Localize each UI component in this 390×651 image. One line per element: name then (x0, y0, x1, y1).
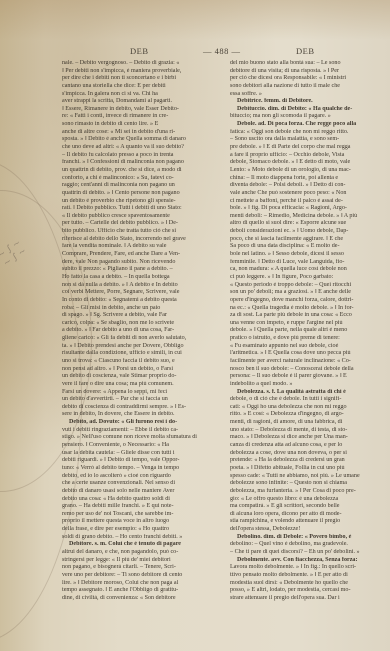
scanned-page: ~ ∫ ~~ ∫ ~ DEB — 488 — DEB nale. – Debit… (0, 0, 390, 651)
text-line: « Fu esaminato appunto nel suo debole, c… (230, 343, 378, 351)
text-line: spesso cade: « Tutti ne abbiamo, noi più… (230, 473, 378, 481)
text-line: non si dà nulla a debito. » ‖ A debito e… (62, 282, 212, 290)
text-line: debito di coscienza di contraddirmi semp… (62, 404, 212, 412)
text-line: china: – Il moto diappena forte, poi all… (230, 175, 378, 183)
text-line: debolezza a cose, dove una non doveva, o… (230, 450, 378, 458)
text-line: Comprare, Prendere, Fare, ed anche Dare … (62, 251, 212, 259)
text-line: pretende: « Ha la debolezza di credersi … (230, 457, 378, 465)
text-line: franchi. » ‖ Confessioni di malinconia n… (62, 159, 212, 167)
text-line: debito, ed io lo ascolterò » cioè con ri… (62, 473, 212, 481)
text-line: maco. » ‖ Debolezza si dice anche per Un… (230, 434, 378, 442)
text-line: aver strappi la scritta, Domandami al pa… (62, 98, 212, 106)
text-line: per ciò che dicesi ora Responsabile: « I… (230, 75, 378, 83)
text-line: posso, » E altri, lodato, per modestia, … (230, 587, 378, 595)
text-line: roba: – Gli misi in debito, anche un pai… (62, 305, 212, 313)
text-line: ta. » ‖ Debito prendesi anche per Dovere… (62, 343, 212, 351)
text-line: pensiero. ‖ Conveniente, o Necessario: «… (62, 442, 212, 450)
text-line: grano. – Ha debiti mille franchi. » E qu… (62, 503, 212, 511)
text-line: che uno deve ad altri: « A quanto va il … (62, 144, 212, 152)
text-line: ‖ Per debiti non s'impicca, è maniera pr… (62, 68, 212, 76)
text-line: – Che ti pare di quei discorsi? – Eh un … (230, 549, 378, 557)
entry-headword-line: Debitrice. femm. di Debitore. (230, 98, 378, 106)
text-line: za di sost. La parte più debole in una c… (230, 312, 378, 320)
text-line: bituccio; ma non gli scomoda il pagare. … (230, 113, 378, 121)
text-line: subito il prezzo: « Pigliano il pane a d… (62, 266, 212, 274)
left-column: nale. – Debito vergognoso. – Debito di g… (62, 60, 212, 602)
text-line: a debito. » ‖ Far debito a uno di una co… (62, 327, 212, 335)
text-line: tuno: « Verrò al debito tempo. – Venga i… (62, 465, 212, 473)
text-line: deboli considerazioni ec. » ‖ Uomo debol… (230, 228, 378, 236)
text-line: ci mettete a baffoni, perché il palco è … (230, 198, 378, 206)
text-line: ttivo pensato molto debolmente. » ‖ E pe… (230, 572, 378, 580)
text-line: un debito d'avvertirti. – Par che si fac… (62, 396, 212, 404)
text-line: Ho fatto la casa a debito. – In quella b… (62, 274, 212, 282)
text-line: facilmente per averci naturale inclinazi… (230, 358, 378, 366)
text-line: bole. » ‖ fig. Di poca efficacia: « Ragi… (230, 205, 378, 213)
text-line: un debito di coscienza, vale Stimar prop… (62, 373, 212, 381)
text-line: son un po' deboli; ma a graziosi. » ‖ E … (230, 289, 378, 297)
text-line: bito pubblico. Ufficio che tratta tutto … (62, 228, 212, 236)
text-line: – Il debito fu calcolato presso a poco i… (62, 152, 212, 160)
text-line: vere uno per debitore: – Ti sono debitor… (62, 572, 212, 580)
text-line: riferisce al debito dello Stato, incorre… (62, 236, 212, 244)
text-line: debiti riguardi. » ‖ Debito di tempo, va… (62, 457, 212, 465)
entry-headword-line: Debituccio. dim. di Debito: « Ha qualche… (230, 106, 378, 114)
text-line: debole. » ‖ Quella parte, nella quale al… (230, 327, 378, 335)
text-line: debito una cosa: « Ha debito quattro sol… (62, 496, 212, 504)
text-line: conforto, a chi è malinconico: « Su, fat… (62, 175, 212, 183)
text-line: Sa poco di una data disciplina: « È molt… (230, 243, 378, 251)
running-head-right: DEB (296, 46, 315, 56)
text-line: debolezza, ma furfanteria. » ‖ Per Cosa … (230, 488, 378, 496)
text-line: sono rimasto in debito di cento lire. » … (62, 121, 212, 129)
text-line: sere in debito, In dovere, che Essere in… (62, 411, 212, 419)
text-line: debolezze sono infinite: – Questo non si… (230, 480, 378, 488)
text-line: strare attenuare il pregio dell'opera su… (230, 595, 378, 603)
right-column: del mio buono stato alla bontà sua: – Le… (230, 60, 378, 602)
text-line: In conto di debito: « Segnatemi a debito… (62, 297, 212, 305)
running-head: DEB — 488 — DEB (0, 46, 390, 58)
text-line: non pagano, e bisognerà citarli. – Tener… (62, 564, 212, 572)
text-line: s'impicca. In galera non ci si va. Chi h… (62, 91, 212, 99)
text-line: opere d'ingegno, dove manchi forza, calo… (230, 297, 378, 305)
text-line: – Sono uscito ora dalla malattia, e sono… (230, 136, 378, 144)
text-line: poeta. » ‖ Difetto abituale, Follia in c… (230, 465, 378, 473)
text-line: Lavora molto debolmente. » ‖ In fig.: In… (230, 564, 378, 572)
text-line: soldi di grano debito. – Ho cento franch… (62, 534, 212, 542)
entry-headword-line: Debito, ad. Dovuto: « Gli furono resi i … (62, 419, 212, 427)
text-line: gio: « Le offro questo libro: è una debo… (230, 496, 378, 504)
text-line: che a certe usanze convenzionali. Nel se… (62, 480, 212, 488)
text-line: proprio il mettere questa voce in altro … (62, 518, 212, 526)
text-line: bole nel latino. » ‖ Sesso debole, dices… (230, 251, 378, 259)
text-line: del mio buono stato alla bontà sua: – Le… (230, 60, 378, 68)
text-line: pre debole. » ‖ E di Parte del corpo che… (230, 144, 378, 152)
text-line: re: « Fatti i conti, invece di rimanere … (62, 113, 212, 121)
text-line: debitore di una visita; di una risposta.… (230, 68, 378, 76)
text-line: modestia suol dirsi: « Debolmente ho que… (230, 580, 378, 588)
text-line: ‖ Essere, Rimanere in debito, vale Esser… (62, 106, 212, 114)
text-line: per dire che i debiti non ti sconcertano… (62, 75, 212, 83)
text-line: usar la debita cautela: – Gliele disse c… (62, 450, 212, 458)
text-line: ma compatirà. » E gli scrittori, secondo… (230, 503, 378, 511)
text-line: gliene carico: « Gli fa debiti di non av… (62, 335, 212, 343)
text-line: essa soffre. » (230, 91, 378, 99)
text-line: raggio; cent'anni di malinconia non paga… (62, 182, 212, 190)
text-line: stia rampichina, e volendo attenuare il … (230, 518, 378, 526)
text-line: cati: « Oggi ho una debolezza che non mi… (230, 404, 378, 412)
running-head-left: DEB (130, 46, 149, 56)
text-line: di spago. » ‖ Sg. Scrivere a debito, val… (62, 312, 212, 320)
text-line: « Questo periodo è troppo debole: – Quei… (230, 282, 378, 290)
text-line: l'aritmetica. » ‖ E Quella cosa dove uno… (230, 350, 378, 358)
text-line: una venne con impeto, e ruppe l'argine n… (230, 320, 378, 328)
text-line: altro di quello si suol dire: « Esporre … (230, 220, 378, 228)
text-line: debolino: – Quel vino è debolino, ma gra… (230, 541, 378, 549)
text-line: « Il debito pubblico cresce spaventosame… (62, 213, 212, 221)
text-line: nale. – Debito vergognoso. – Debito di g… (62, 60, 212, 68)
text-line: nosco ben il suo debole: – Conoscerai de… (230, 366, 378, 374)
text-line: della frase, e dire per esempio: « Ho qu… (62, 526, 212, 534)
text-line: vere il fare o dire una cosa; ma più com… (62, 381, 212, 389)
text-line: diventa debole: – Polsi deboli. » ‖ Dett… (230, 182, 378, 190)
text-line: femminile. ‖ Detto di Luce, vale Languid… (230, 259, 378, 267)
text-line: dere, vale Non pagando subito. Non ricev… (62, 259, 212, 267)
text-line: anche di altre cose: « Mi sei in debito … (62, 129, 212, 137)
text-line: Lento: « Moto debole di un orologio, di … (230, 167, 378, 175)
text-line: per tutto. – Cartelle del debito pubblic… (62, 220, 212, 228)
text-line: poco, che si lascia facilmente aggirare.… (230, 236, 378, 244)
entry-headword-line: Debole. ad. Di poca forza. Che regge poc… (230, 121, 378, 129)
text-line: menti deboli: – Rimedio, Medicina debole… (230, 213, 378, 221)
text-line: persona: – Il suo debole è il parer giov… (230, 373, 378, 381)
text-line: cantano una storiella che dice: E per de… (62, 83, 212, 91)
text-line: sposta. » ‖ Debito è anche Quella somma … (62, 136, 212, 144)
entry-headword-line: Debolezza. s. f. La qualità astratta di … (230, 389, 378, 397)
text-line: fatica: « Oggi son debole che non mi reg… (230, 129, 378, 137)
text-line: tempo assegnato. ‖ E anche l'Obbligo di … (62, 587, 212, 595)
text-line: na ec.: « Quella tragedia è molto debole… (230, 305, 378, 313)
text-line: a fare il proprio ufficio: – Occhio debo… (230, 152, 378, 160)
page-number: — 488 — (203, 46, 241, 56)
text-line: dell'opera stessa, Debolezze! (230, 526, 378, 534)
text-line: di alcuna loro opera, dicono per atto di… (230, 511, 378, 519)
text-line: lire. » ‖ Debitore moroso, Colui che non… (62, 580, 212, 588)
text-line: fare la vendita nominale. ‖ A debito su … (62, 243, 212, 251)
text-line: stringersi per legge: « Il più de' miei … (62, 557, 212, 565)
text-line: carico, colpa: « Se sbaglio, non me lo s… (62, 320, 212, 328)
text-line: risultante dalla condizione, ufficio e s… (62, 350, 212, 358)
text-line: menti, di ragioni, di amore, di una fabb… (230, 419, 378, 427)
text-line: uno si trova: « Ciascuno faccia il debit… (62, 358, 212, 366)
text-line: coi verbi Mettere, Porre, Segnare, Scriv… (62, 289, 212, 297)
text-line: Farsi un dovere: « Appena lo seppi, mi f… (62, 389, 212, 397)
text-line: canza di credenza atta ad alcuno cosa, e… (230, 442, 378, 450)
text-line: un quattrin di debito, prov. che si dice… (62, 167, 212, 175)
text-line: debole, Stomaco debole. » ‖ E detto di m… (230, 159, 378, 167)
text-line: stigo. » Nell'uso comune non riceve molt… (62, 434, 212, 442)
text-line: quattrin di debito. » ‖ Cento persone no… (62, 190, 212, 198)
text-line: uno stato: – Debolezza di mente, di test… (230, 427, 378, 435)
entry-headword-line: Debolino. dim. di Debole: « Povero bimbo… (230, 534, 378, 542)
text-line: rati. ‖ Debito pubblico. Tutti i debiti … (62, 205, 212, 213)
page-stain (0, 0, 390, 40)
text-line: ci può leggere. » ‖ In figure, Poco garb… (230, 274, 378, 282)
text-line: vuti i debiti ringraziamenti: – Ebbe il … (62, 427, 212, 435)
text-line: non pensi ad altro. » ‖ Porsi un debito,… (62, 366, 212, 374)
text-line: vale anche Che può sostenere poco peso: … (230, 190, 378, 198)
text-line: debito di danaro usasi solo nelle manier… (62, 488, 212, 496)
text-line: debole, o di ciò che è debole. In tutti … (230, 396, 378, 404)
text-line: un debito è proverbio che ripetono gli s… (62, 198, 212, 206)
text-line: sono debitori alla nazione di tutto il m… (230, 83, 378, 91)
text-line: dine, di civiltà, di convenienza: « Son … (62, 595, 212, 603)
entry-headword-line: Debitore. s. m. Colui che è tenuto di pa… (62, 541, 212, 549)
text-line: ritto. » E così: « Debolezza d'ingegno, … (230, 411, 378, 419)
text-line: altrui del danaro, e che, non pagandolo,… (62, 549, 212, 557)
text-line: remo per uso de' noi Toscani, che sarebb… (62, 511, 212, 519)
entry-headword-line: Debolmente. avv. Con fiacchezza, Senza f… (230, 557, 378, 565)
text-line: pratico o istruito, e dove più preme di … (230, 335, 378, 343)
text-line: indebolito a quel modo. » (230, 381, 378, 389)
text-line: ca, non madura: « A quella luce così deb… (230, 266, 378, 274)
